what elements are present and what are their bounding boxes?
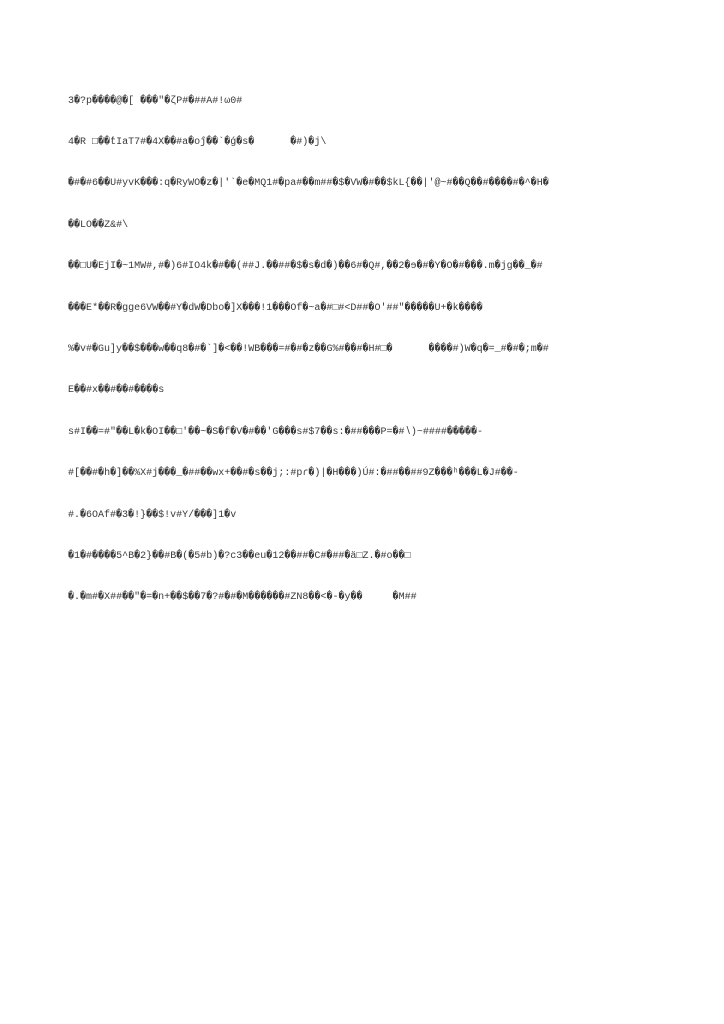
text-line: #[��#�h�]��%X#j���_�##��wx+��#�s��j;:#pɾ… <box>68 467 688 481</box>
text-line: 3�?p����@�[ ���"�ζP#�##A#!ω0# <box>68 95 688 109</box>
text-line: ��LO��Z&#\ <box>68 219 688 233</box>
text-line: %�v#�Gu]y��$���w��q8�#�`]�<��!WB���=#�#�… <box>68 343 688 357</box>
document-page: 3�?p����@�[ ���"�ζP#�##A#!ω0# 4�R □��ƭIa… <box>0 0 724 1024</box>
text-line: �1�#����5^B�2}��#B�(�5#b)�?c3��eu�12��##… <box>68 550 688 564</box>
text-line: E��#x��#��#����s <box>68 384 688 398</box>
text-line: �#�#6��U#yvK���:q�RyWO�z�|'`�e�MQ1#�pa#�… <box>68 177 688 191</box>
text-line: #.�6OAf#�3�!}��$!v#Y/���]1�v <box>68 509 688 523</box>
text-line: �.�m#�X##��"�=�n+��$��7�?#�#�M������#ZN8… <box>68 591 688 605</box>
text-line: s#I��=#"��L�k�OI��□'��~�S�f�V�#��'G���s#… <box>68 426 688 440</box>
text-line: ��□U�EjI�~1MW#,#�)6#IO4k�#��(##J.��##�$�… <box>68 260 688 274</box>
garbled-text-block: 3�?p����@�[ ���"�ζP#�##A#!ω0# 4�R □��ƭIa… <box>68 67 688 633</box>
text-line: 4�R □��ƭIaT7#�4X��#a�oĵ��`�ǵ�s� �#)�j\ <box>68 136 688 150</box>
text-line: ���E*��R�gge6VW��#Y�dW�Dbo�]X���!1���Of�… <box>68 302 688 316</box>
